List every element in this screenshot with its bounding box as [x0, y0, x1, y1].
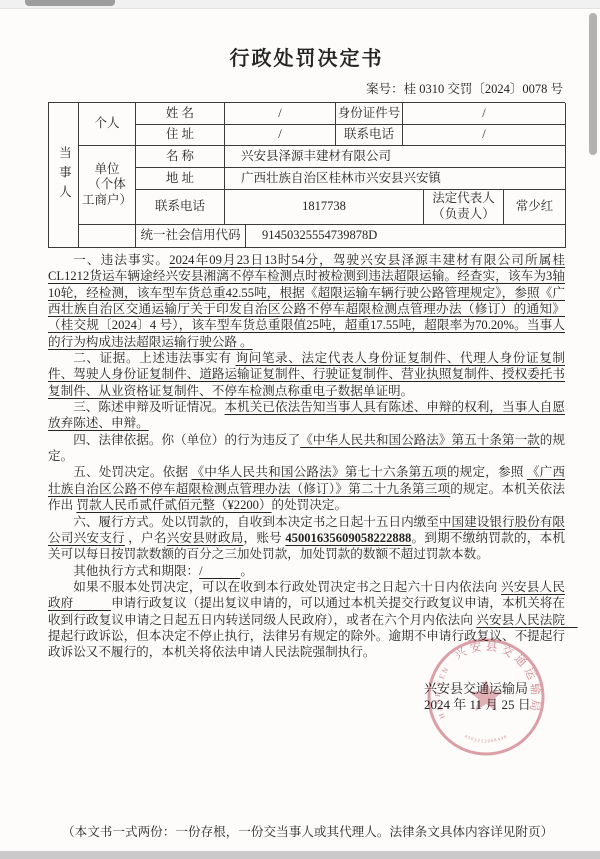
- unit-group-label: 单位 （个体 工商户）: [79, 146, 136, 225]
- para-appeal-rights: 如果不服本处罚决定，可以在收到本行政处罚决定书之日起六十日内依法向 兴安县人民政…: [48, 579, 565, 661]
- address-label: 住 址: [136, 125, 225, 146]
- individual-group-label: 个人: [79, 103, 136, 146]
- unit-name-value: 兴安县泽源丰建材有限公司: [225, 146, 566, 168]
- id-number-label: 身份证件号: [336, 103, 403, 125]
- issuing-authority: 兴安县交通运输局: [424, 681, 594, 697]
- scrollbar-thumb[interactable]: [589, 13, 597, 155]
- para-performance-method: 六、履行方式。处以罚款的，自收到本决定书之日起十五日内缴至中国建设银行股份有限公…: [48, 514, 565, 563]
- name-value: /: [225, 103, 336, 125]
- viewer-bottom-bar: [0, 851, 600, 859]
- phone-label: 联系电话: [336, 125, 403, 146]
- document-title: 行政处罚决定书: [48, 42, 565, 71]
- address-value: /: [225, 125, 336, 146]
- credit-code-value: 91450325554739878D: [246, 225, 566, 248]
- case-number-line: 案号：桂 0310 交罚〔2024〕0078 号: [48, 79, 565, 97]
- para-statement-defense: 三、陈述申辩及听证情况。本机关已依法告知当事人具有陈述、申辩的权利，当事人自愿放…: [48, 399, 565, 432]
- para-violation-facts: 一、违法事实。2024年09月23日13时54分，驾驶兴安县泽源丰建材有限公司所…: [48, 252, 565, 350]
- decision-body: 一、违法事实。2024年09月23日13时54分，驾驶兴安县泽源丰建材有限公司所…: [48, 252, 565, 661]
- document-page: 行政处罚决定书 案号：桂 0310 交罚〔2024〕0078 号 当事人 个人 …: [0, 9, 600, 852]
- unit-address-value: 广西壮族自治区桂林市兴安县兴安镇: [225, 168, 566, 190]
- phone-value: /: [403, 125, 566, 146]
- unit-address-label: 地 址: [136, 168, 225, 190]
- viewer-top-tab: [25, 0, 115, 6]
- unit-phone-label: 联系电话: [136, 190, 225, 225]
- para-evidence: 二、证据。上述违法事实有 询问笔录、法定代表人身份证复制件、代理人身份证复制件、…: [48, 350, 565, 399]
- party-side-label: 当事人: [49, 103, 79, 248]
- para-other-method: 其他执行方式和期限：/ 。: [48, 563, 565, 579]
- para-legal-basis: 四、法律依据。你（单位）的行为违反了《中华人民共和国公路法》第五十条第一款的规定…: [48, 432, 565, 465]
- case-number-value: 桂 0310 交罚〔2024〕0078 号: [404, 82, 563, 96]
- svg-text:4503252008498: 4503252008498: [464, 733, 508, 743]
- legal-representative-label: 法定代表人 （负责人）: [424, 190, 504, 225]
- signature-block: 兴安县交通运输局 2024 年 11 月 25 日: [424, 681, 594, 712]
- case-number-label: 案号：: [366, 82, 404, 96]
- unit-phone-value: 1817738: [225, 190, 424, 225]
- id-number-value: /: [403, 103, 566, 125]
- footer-note: （本文书一式两份：一份存根，一份交当事人或其代理人。法律条文具体内容详见附页）: [62, 821, 572, 840]
- para-penalty-decision: 五、处罚决定。依据 《中华人民共和国公路法》第七十六条第五项的规定，参照 《广西…: [48, 464, 565, 513]
- empty-cell: [79, 225, 136, 248]
- legal-representative-value: 常少红: [504, 190, 566, 225]
- seal-serial-number: 4503252008498: [464, 733, 508, 743]
- name-label: 姓 名: [136, 103, 225, 125]
- credit-code-label: 统一社会信用代码: [136, 225, 246, 248]
- issue-date: 2024 年 11 月 25 日: [424, 697, 594, 713]
- party-info-table: 当事人 个人 姓 名 / 身份证件号 / 住 址 / 联系电话 / 单位 （个体…: [48, 102, 565, 248]
- unit-name-label: 名 称: [136, 146, 225, 168]
